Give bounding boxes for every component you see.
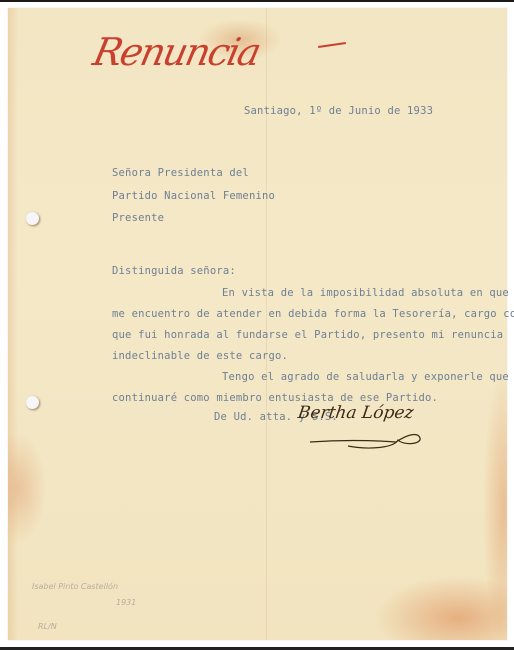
body-line-6: continuaré como miembro entusiasta de es…	[112, 393, 438, 404]
pencil-note-3: RL/N	[38, 622, 57, 631]
punch-hole-bottom	[26, 396, 39, 409]
pencil-note-1: Isabel Pinto Castellón	[32, 582, 118, 591]
scan-top-border	[0, 0, 514, 2]
body-line-5: Tengo el agrado de saludarla y exponerle…	[222, 372, 509, 383]
body-line-3: que fui honrada al fundarse el Partido, …	[112, 330, 503, 341]
body-line-4: indeclinable de este cargo.	[112, 351, 288, 362]
red-handwritten-annotation: Renuncia	[88, 20, 328, 90]
letter-page: Renuncia Santiago, 1º de Junio de 1933 S…	[8, 8, 507, 640]
addressee-line-3: Presente	[112, 213, 164, 224]
signature-flourish-icon	[308, 428, 428, 452]
paper-fold	[266, 8, 267, 640]
punch-hole-top	[26, 212, 39, 225]
annotation-dash	[318, 42, 346, 48]
handwritten-signature: Bertha López	[297, 403, 415, 423]
annotation-text: Renuncia	[89, 30, 263, 74]
date-line: Santiago, 1º de Junio de 1933	[244, 106, 433, 117]
addressee-line-2: Partido Nacional Femenino	[112, 191, 275, 202]
pencil-note-2: 1931	[116, 598, 136, 607]
addressee-line-1: Señora Presidenta del	[112, 168, 249, 179]
body-line-1: En vista de la imposibilidad absoluta en…	[222, 288, 509, 299]
body-line-2: me encuentro de atender en debida forma …	[112, 309, 514, 320]
salutation: Distinguida señora:	[112, 266, 236, 277]
